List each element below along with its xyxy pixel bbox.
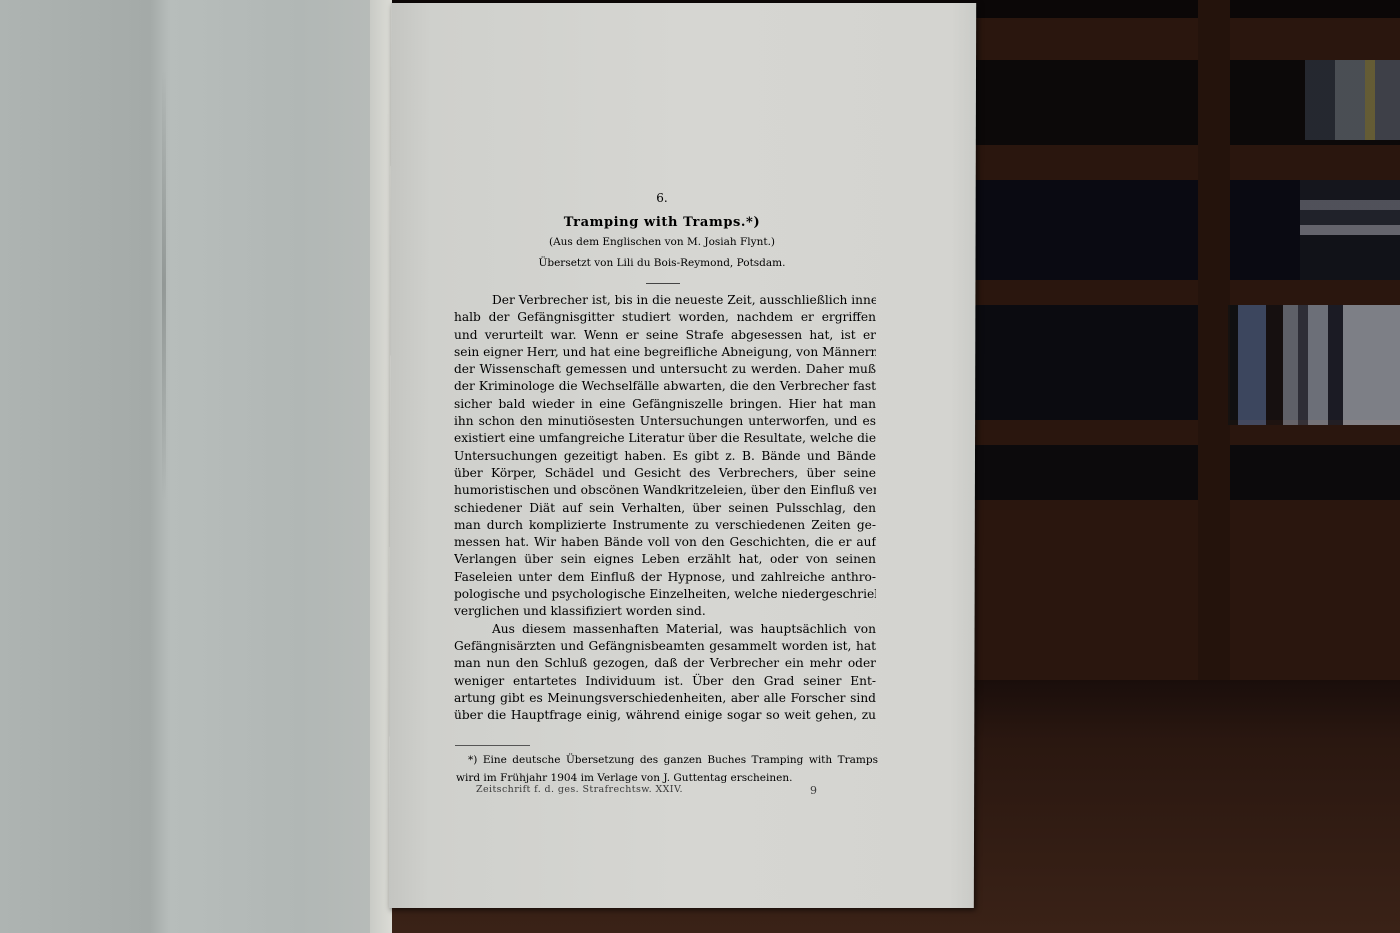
text-line: der Wissenschaft gemessen und untersucht… [454,361,876,378]
text-line: und verurteilt war. Wenn er seine Strafe… [454,327,876,344]
text-line: Aus diesem massenhaften Material, was ha… [454,621,876,638]
text-line: über Körper, Schädel und Gesicht des Ver… [454,465,876,482]
text-line: halb der Gefängnisgitter studiert worden… [454,309,876,326]
body-text: Der Verbrecher ist, bis in die neueste Z… [454,292,876,724]
footnote-rule [455,745,530,746]
title-divider [646,283,680,284]
books-shelf-row-3 [1228,305,1400,425]
text-line: Faseleien unter dem Einfluß der Hypnose,… [454,569,876,586]
text-line: humoristischen und obscönen Wandkritzele… [454,482,876,499]
text-line: man nun den Schluß gezogen, daß der Verb… [454,655,876,672]
journal-footer: Zeitschrift f. d. ges. Strafrechtsw. XXI… [476,784,683,795]
text-line: man durch komplizierte Instrumente zu ve… [454,517,876,534]
text-line: schiedener Diät auf sein Verhalten, über… [454,500,876,517]
translator-credit: Übersetzt von Lili du Bois-Reymond, Pots… [420,257,904,269]
text-line: ihn schon den minutiösesten Untersuchung… [454,413,876,430]
article-title: Tramping with Tramps.*) [420,215,904,230]
text-line: sicher bald wieder in eine Gefängniszell… [454,396,876,413]
left-page-blank [0,0,390,933]
footnote-line: *) Eine deutsche Übersetzung des ganzen … [456,751,878,769]
books-shelf-row-1 [1305,60,1400,140]
text-line: sein eigner Herr, und hat eine begreifli… [454,344,876,361]
text-line: messen hat. Wir haben Bände voll von den… [454,534,876,551]
section-number: 6. [420,191,904,205]
footnote: *) Eine deutsche Übersetzung des ganzen … [456,751,878,787]
text-line: existiert eine umfangreiche Literatur üb… [454,430,876,447]
article-subtitle: (Aus dem Englischen von M. Josiah Flynt.… [420,236,904,248]
text-line: der Kriminologe die Wechselfälle abwarte… [454,378,876,395]
text-line: pologische und psychologische Einzelheit… [454,586,876,603]
signature-mark: 9 [810,784,817,797]
text-line: verglichen und klassifiziert worden sind… [454,603,876,620]
text-line: Verlangen über sein eignes Leben erzählt… [454,551,876,568]
books-shelf-row-2 [1300,180,1400,280]
text-line: über die Hauptfrage einig, während einig… [454,707,876,724]
text-line: Der Verbrecher ist, bis in die neueste Z… [454,292,876,309]
text-line: Gefängnisärzten und Gefängnisbeamten ges… [454,638,876,655]
text-line: Untersuchungen gezeitigt haben. Es gibt … [454,448,876,465]
text-line: artung gibt es Meinungsverschiedenheiten… [454,690,876,707]
text-line: weniger entartetes Individuum ist. Über … [454,673,876,690]
